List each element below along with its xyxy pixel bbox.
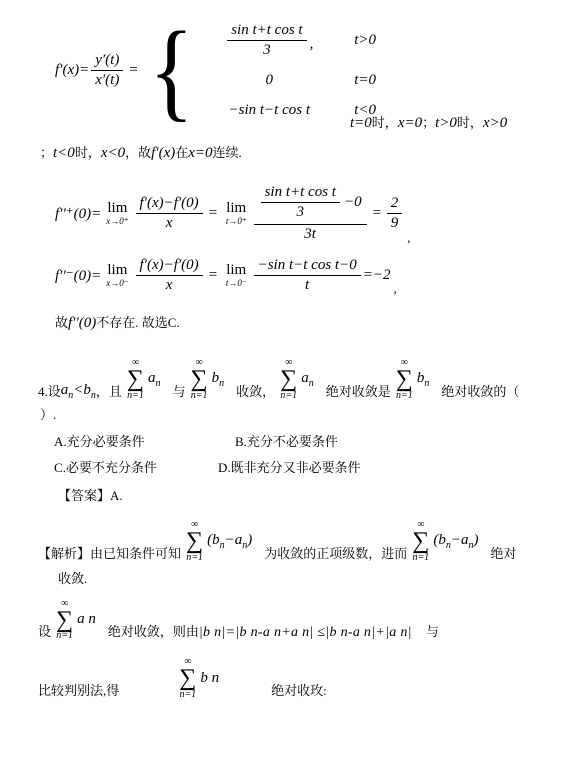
fraction-numerator: 2 <box>387 195 403 214</box>
option-a: A.充分必要条件 <box>54 431 235 450</box>
case-t-zero: 0 t=0 <box>198 72 376 89</box>
sigma-operator: ∑ <box>179 667 196 690</box>
text-segment: 收敛， <box>236 381 275 401</box>
limit-expression-fraction: −sin t−t cos t−0 t <box>254 257 361 294</box>
lim-subscript: t→0⁺ <box>226 216 247 227</box>
limit-x-to-0plus: lim x→0⁺ <box>106 200 128 228</box>
fraction-denominator: t <box>305 276 309 294</box>
sigma-symbol: ∞∑n=1 <box>127 358 144 401</box>
sigma-operator: ∑ <box>412 530 429 553</box>
result-value: =−2 <box>363 267 391 284</box>
answer-line: 【答案】A. <box>58 485 560 504</box>
text-segment: 与 <box>426 621 439 641</box>
lim-subscript: t→0⁻ <box>226 278 247 289</box>
inner-fraction: sin t+t cos t 3 <box>261 184 340 221</box>
fraction-denominator: 9 <box>391 214 399 232</box>
continuity-statement: ；t<0时，x<0，故f′(x)在x=0连续. <box>40 142 560 162</box>
sigma-symbol: ∞∑n=1 <box>280 358 297 401</box>
trailing-comma: , <box>393 281 396 297</box>
option-c: C.必要不充分条件 <box>54 457 218 476</box>
options-row-1: A.充分必要条件 B.充分不必要条件 <box>54 431 560 450</box>
analysis-label-text: 【解析】由已知条件可知 <box>38 543 181 563</box>
open-paren-b: (b <box>433 532 446 548</box>
open-paren-b: (b <box>207 532 220 548</box>
limit-t-to-0minus: lim t→0⁻ <box>226 262 247 290</box>
math-an-lt-bn: an<bn <box>61 382 96 401</box>
math-segment: t=0 <box>350 115 372 131</box>
math-segment: x=0 <box>188 145 212 161</box>
text-segment: 故 <box>55 315 68 330</box>
lower-limit: n=1 <box>396 391 413 401</box>
subscript-n: n <box>424 378 429 389</box>
result-fraction-two-ninths: 2 9 <box>387 195 403 232</box>
fraction-numerator: sin t+t cos t <box>261 184 340 203</box>
equals-sign: = <box>208 267 218 284</box>
sigma-operator: ∑ <box>186 530 203 553</box>
lower-limit: n=1 <box>56 631 73 641</box>
fraction-numerator: −sin t−t cos t−0 <box>254 257 361 276</box>
question-4-stem: 4.设an<bn，且 ∞∑n=1 an 与 ∞∑n=1 bn 收敛， ∞∑n=1… <box>38 358 560 401</box>
case-condition: t=0 <box>354 72 376 89</box>
var-a: a <box>148 370 156 386</box>
nested-fraction-denominator: 3t <box>304 225 316 243</box>
close-paren: ) <box>247 532 252 548</box>
text-segment: 绝对收敛，则由 <box>108 621 199 641</box>
minus-a: −a <box>451 532 469 548</box>
trailing-comma: , <box>407 230 410 246</box>
sum-operand: (bn−an) <box>207 532 252 551</box>
sigma-symbol: ∞∑n=1 <box>179 657 196 700</box>
text-segment: 在 <box>175 145 188 160</box>
nested-fraction-numerator: sin t+t cos t 3 −0 <box>254 184 367 225</box>
option-b: B.充分不必要条件 <box>235 431 338 450</box>
less-than: < <box>73 382 83 398</box>
fraction-denominator: x′(t) <box>95 71 119 89</box>
case-t-positive: sin t+t cos t 3 , t>0 <box>198 22 376 59</box>
sigma-operator: ∑ <box>56 609 73 632</box>
lower-limit: n=1 <box>191 391 208 401</box>
lim-subscript: x→0⁻ <box>106 278 128 289</box>
case-condition: t>0 <box>354 32 376 49</box>
series-sum-bn-minus-an: ∞∑n=1 (bn−an) <box>186 520 252 563</box>
case-value: sin t+t cos t 3 , <box>198 22 340 59</box>
text-segment: 绝对收敛的（ <box>441 381 519 401</box>
math-solution-document: f′(x)= y′(t) x′(t) = { sin t+t cos t 3 ,… <box>0 0 575 771</box>
right-second-derivative-formula: f′′⁺(0)= lim x→0⁺ f′(x)−f′(0) x = lim t→… <box>55 184 560 243</box>
fraction-denominator: x <box>166 276 173 294</box>
options-row-2: C.必要不充分条件 D.既非充分又非必要条件 <box>54 457 560 476</box>
text-segment: 绝对收敛是 <box>326 381 391 401</box>
text-segment: ； <box>422 115 435 130</box>
lim-label: lim <box>107 262 127 279</box>
series-sum-bn: ∞∑n=1 bn <box>191 358 225 401</box>
text-segment: 设 <box>38 621 51 641</box>
sigma-operator: ∑ <box>191 368 208 391</box>
math-segment: f′′(0) <box>68 315 96 331</box>
text-segment: 绝对收玫: <box>271 680 327 700</box>
fraction-denominator: x <box>166 214 173 232</box>
var-a: a <box>301 370 309 386</box>
math-segment: f′(x) <box>151 145 175 161</box>
question-number: 4.设 <box>38 381 61 401</box>
difference-quotient-fraction: f′(x)−f′(0) x <box>136 195 203 232</box>
sum-operand: an <box>148 370 161 389</box>
math-segment: t>0 <box>435 115 457 131</box>
sigma-symbol: ∞∑n=1 <box>396 358 413 401</box>
fraction-denominator: 3 <box>297 203 305 221</box>
text-segment: 时， <box>457 115 483 130</box>
conclusion-statement: 故f′′(0)不存在. 故选C. <box>55 312 560 332</box>
question-close-paren: ）. <box>40 404 560 423</box>
analysis-wrap-line: 收敛. <box>58 568 560 587</box>
var-b: b <box>83 382 91 398</box>
suppose-line: 设 ∞∑n=1 a n 绝对收敛，则由 |b n|=|b n-a n+a n| … <box>38 599 560 642</box>
minus-zero: −0 <box>344 194 362 211</box>
text-segment: 时， <box>75 145 101 160</box>
sigma-operator: ∑ <box>396 368 413 391</box>
sum-operand: bn <box>212 370 225 389</box>
text-segment: ，且 <box>96 381 122 401</box>
series-sum-bn-minus-an: ∞∑n=1 (bn−an) <box>412 520 478 563</box>
fraction-numerator: f′(x)−f′(0) <box>136 257 203 276</box>
sigma-symbol: ∞∑n=1 <box>412 520 429 563</box>
text-segment: 为收敛的正项级数，进而 <box>264 543 407 563</box>
lim-label: lim <box>107 200 127 217</box>
lower-limit: n=1 <box>412 553 429 563</box>
fraction-denominator: 3 <box>263 41 271 59</box>
sum-operand: (bn−an) <box>433 532 478 551</box>
left-curly-brace: { <box>149 20 194 120</box>
text-segment: 连续. <box>213 145 242 160</box>
triangle-inequality: |b n|=|b n-a n+a n| ≤|b n-a n|+|a n| <box>199 625 412 641</box>
math-segment: x<0 <box>101 145 125 161</box>
piecewise-derivative-formula: f′(x)= y′(t) x′(t) = { sin t+t cos t 3 ,… <box>55 14 560 126</box>
equals-sign: = <box>372 205 382 222</box>
negative-expression: −sin t−t cos t <box>229 102 311 119</box>
series-sum-an: ∞∑n=1 a n <box>56 599 96 642</box>
text-segment: 与 <box>173 381 186 401</box>
case-value: −sin t−t cos t <box>198 102 340 119</box>
comparison-test-line: 比较判别法,得 ∞∑n=1 b n 绝对收玫: <box>38 657 560 700</box>
math-segment: x=0 <box>398 115 422 131</box>
lim-subscript: x→0⁺ <box>106 216 128 227</box>
difference-quotient-fraction: f′(x)−f′(0) x <box>136 257 203 294</box>
derivative-lhs: f′(x)= <box>55 62 89 79</box>
sigma-symbol: ∞∑n=1 <box>186 520 203 563</box>
sigma-symbol: ∞∑n=1 <box>56 599 73 642</box>
formula-lhs: f′′⁺(0)= <box>55 204 101 223</box>
equals-sign: = <box>128 62 138 79</box>
subscript-n: n <box>309 378 314 389</box>
math-segment: x>0 <box>483 115 507 131</box>
fraction-sin-over-3: sin t+t cos t 3 <box>227 22 306 59</box>
series-sum-an: ∞∑n=1 an <box>127 358 161 401</box>
text-segment: 比较判别法,得 <box>38 680 119 700</box>
close-paren: ) <box>474 532 479 548</box>
sigma-symbol: ∞∑n=1 <box>191 358 208 401</box>
sum-operand: b n <box>200 670 219 687</box>
series-sum-an: ∞∑n=1 an <box>280 358 314 401</box>
text-segment: 不存在. 故选C. <box>96 315 179 330</box>
text-segment: ； <box>40 145 53 160</box>
lower-limit: n=1 <box>127 391 144 401</box>
fraction-numerator: sin t+t cos t <box>227 22 306 41</box>
subscript-n: n <box>219 378 224 389</box>
formula-lhs: f′′⁻(0)= <box>55 266 101 285</box>
left-second-derivative-formula: f′′⁻(0)= lim x→0⁻ f′(x)−f′(0) x = lim t→… <box>55 257 560 294</box>
subscript-n: n <box>156 378 161 389</box>
condition-side-note: t=0时，x=0；t>0时，x>0 <box>350 112 507 132</box>
lim-label: lim <box>226 200 246 217</box>
lower-limit: n=1 <box>186 553 203 563</box>
analysis-line: 【解析】由已知条件可知 ∞∑n=1 (bn−an) 为收敛的正项级数，进而 ∞∑… <box>38 520 560 563</box>
sigma-operator: ∑ <box>280 368 297 391</box>
sum-operand: bn <box>417 370 430 389</box>
text-segment: 绝对 <box>491 543 517 563</box>
comma: , <box>310 36 314 53</box>
lim-label: lim <box>226 262 246 279</box>
piecewise-cases: sin t+t cos t 3 , t>0 0 t=0 −sin t−t cos… <box>198 22 376 119</box>
zero-value: 0 <box>266 72 274 89</box>
series-sum-bn: ∞∑n=1 b n <box>179 657 219 700</box>
limit-x-to-0minus: lim x→0⁻ <box>106 262 128 290</box>
fraction-numerator: y′(t) <box>91 52 123 71</box>
case-value: 0 <box>198 72 340 89</box>
option-d: D.既非充分又非必要条件 <box>218 457 361 476</box>
text-segment: 时， <box>372 115 398 130</box>
sigma-operator: ∑ <box>127 368 144 391</box>
sum-operand: an <box>301 370 314 389</box>
minus-a: −a <box>225 532 243 548</box>
text-segment: ，故 <box>125 145 151 160</box>
fraction-numerator: f′(x)−f′(0) <box>136 195 203 214</box>
sum-operand: a n <box>77 611 96 628</box>
lower-limit: n=1 <box>179 690 196 700</box>
lower-limit: n=1 <box>280 391 297 401</box>
nested-fraction: sin t+t cos t 3 −0 3t <box>254 184 367 243</box>
equals-sign: = <box>208 205 218 222</box>
limit-t-to-0plus: lim t→0⁺ <box>226 200 247 228</box>
fraction-yprime-over-xprime: y′(t) x′(t) <box>91 52 123 89</box>
math-segment: t<0 <box>53 145 75 161</box>
series-sum-bn: ∞∑n=1 bn <box>396 358 430 401</box>
